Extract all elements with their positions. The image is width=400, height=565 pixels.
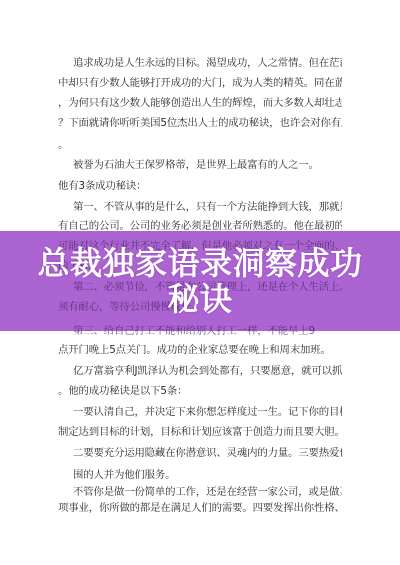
paragraph-line: 被誉为石油大王保罗格蒂，是世界上最富有的人之一。 bbox=[73, 158, 342, 172]
paragraph-line: 。 bbox=[58, 138, 342, 152]
paragraph-line: 围的人并为他们服务。 bbox=[73, 468, 342, 482]
paragraph-line: 制定达到目标的计划，目标和计划应该富于创造力而且要大胆。 bbox=[58, 425, 342, 439]
paragraph-line: 他有3条成功秘诀： bbox=[58, 179, 342, 193]
title-banner: 可能对这个行业并不完全了解，但是他必须对之有一个全面的、基本的了解。第二、必须节… bbox=[0, 231, 400, 331]
paragraph-line: 第一、不管从事的是什么，只有一个方法能挣到大钱，那就是拥 bbox=[73, 200, 342, 214]
paragraph-line: ，为何只有这少数人能够创造出人生的辉煌，而大多数人却壮志难酬 bbox=[58, 96, 342, 110]
paragraph-line: ？下面就请你听听美国5位杰出人士的成功秘诀，也许会对你有所启发 bbox=[58, 116, 342, 130]
paragraph-line: 中却只有少数人能够打开成功的大门，成为人类的精英。同在蓝天下 bbox=[58, 76, 342, 90]
paragraph-line: 不管你是做一份简单的工作，还是在经营一家公司，或是做某一 bbox=[73, 485, 342, 499]
paragraph-line: 。他的成功秘诀是以下5条： bbox=[58, 384, 342, 398]
paragraph-line: 第三、给自己打工不能和给别人打工一样，不能早上9 bbox=[73, 324, 342, 338]
paragraph-line: 二要要充分运用隐藏在你潜意识、灵魂内的力量。三要热爱你周 bbox=[73, 446, 342, 460]
banner-title-line-1: 总裁独家语录洞察成功 bbox=[0, 245, 400, 281]
banner-title: 总裁独家语录洞察成功 秘诀 bbox=[0, 245, 400, 317]
paragraph-line: 点开门晚上5点关门。成功的企业家总要在晚上和周末加班。 bbox=[58, 343, 342, 357]
paragraph-line: 项事业，你所做的都是在满足人们的需要。四要发挥出你性格、个性 bbox=[58, 501, 342, 515]
paragraph-line: 亿万富翁亨利J凯泽认为机会到处都有，只要愿意，就可以抓住它 bbox=[73, 364, 342, 378]
banner-title-line-2: 秘诀 bbox=[0, 281, 400, 317]
paragraph-line: 一要认清自己，并决定下来你想怎样度过一生。记下你的目标并 bbox=[73, 405, 342, 419]
document-page: 追求成功是人生永远的目标。渴望成功，人之常情。但在茫茫人海中却只有少数人能够打开… bbox=[0, 0, 400, 565]
paragraph-line: 追求成功是人生永远的目标。渴望成功，人之常情。但在茫茫人海 bbox=[73, 56, 342, 70]
